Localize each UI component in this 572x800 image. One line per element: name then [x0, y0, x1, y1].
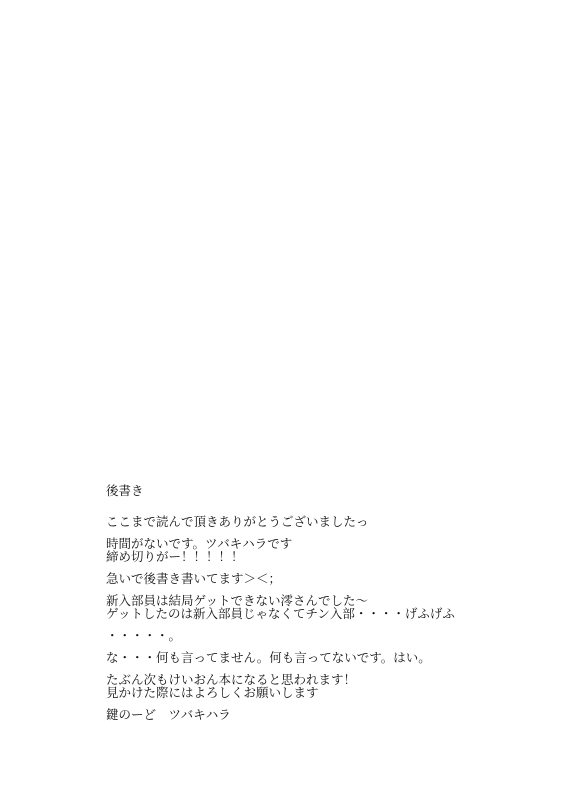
author-signature: 鍵のーど ツバキハラ — [106, 708, 546, 721]
text-line: ・・・・・。 — [106, 629, 546, 642]
text-line: ゲットしたのは新入部員じゃなくてチン入部・・・・げふげふ — [106, 607, 546, 620]
text-line: 締め切りがー！！！！！ — [106, 550, 546, 563]
paragraph-new-member: 新入部員は結局ゲットできない澪さんでした～ ゲットしたのは新入部員じゃなくてチン… — [106, 594, 546, 620]
text-line: ここまで読んで頂きありがとうございましたっ — [106, 515, 546, 528]
afterword-block: 後書き ここまで読んで頂きありがとうございましたっ 時間がないです。ツバキハラで… — [106, 484, 546, 721]
paragraph-no-time: 時間がないです。ツバキハラです 締め切りがー！！！！！ — [106, 537, 546, 563]
paragraph-nothing-said: な・・・何も言ってません。何も言ってないです。はい。 — [106, 651, 546, 664]
text-line: 見かけた際にはよろしくお願いします — [106, 686, 546, 699]
paragraph-hurry: 急いで後書き書いてます＞＜； — [106, 572, 546, 585]
paragraph-ellipsis: ・・・・・。 — [106, 629, 546, 642]
paragraph-thanks: ここまで読んで頂きありがとうございましたっ — [106, 515, 546, 528]
text-line: 急いで後書き書いてます＞＜； — [106, 572, 546, 585]
afterword-heading: 後書き — [106, 484, 546, 497]
paragraph-next-book: たぶん次もけいおん本になると思われます！ 見かけた際にはよろしくお願いします — [106, 673, 546, 699]
manga-afterword-page: 後書き ここまで読んで頂きありがとうございましたっ 時間がないです。ツバキハラで… — [0, 0, 572, 800]
text-line: な・・・何も言ってません。何も言ってないです。はい。 — [106, 651, 546, 664]
signature-block: 鍵のーど ツバキハラ — [106, 708, 546, 721]
